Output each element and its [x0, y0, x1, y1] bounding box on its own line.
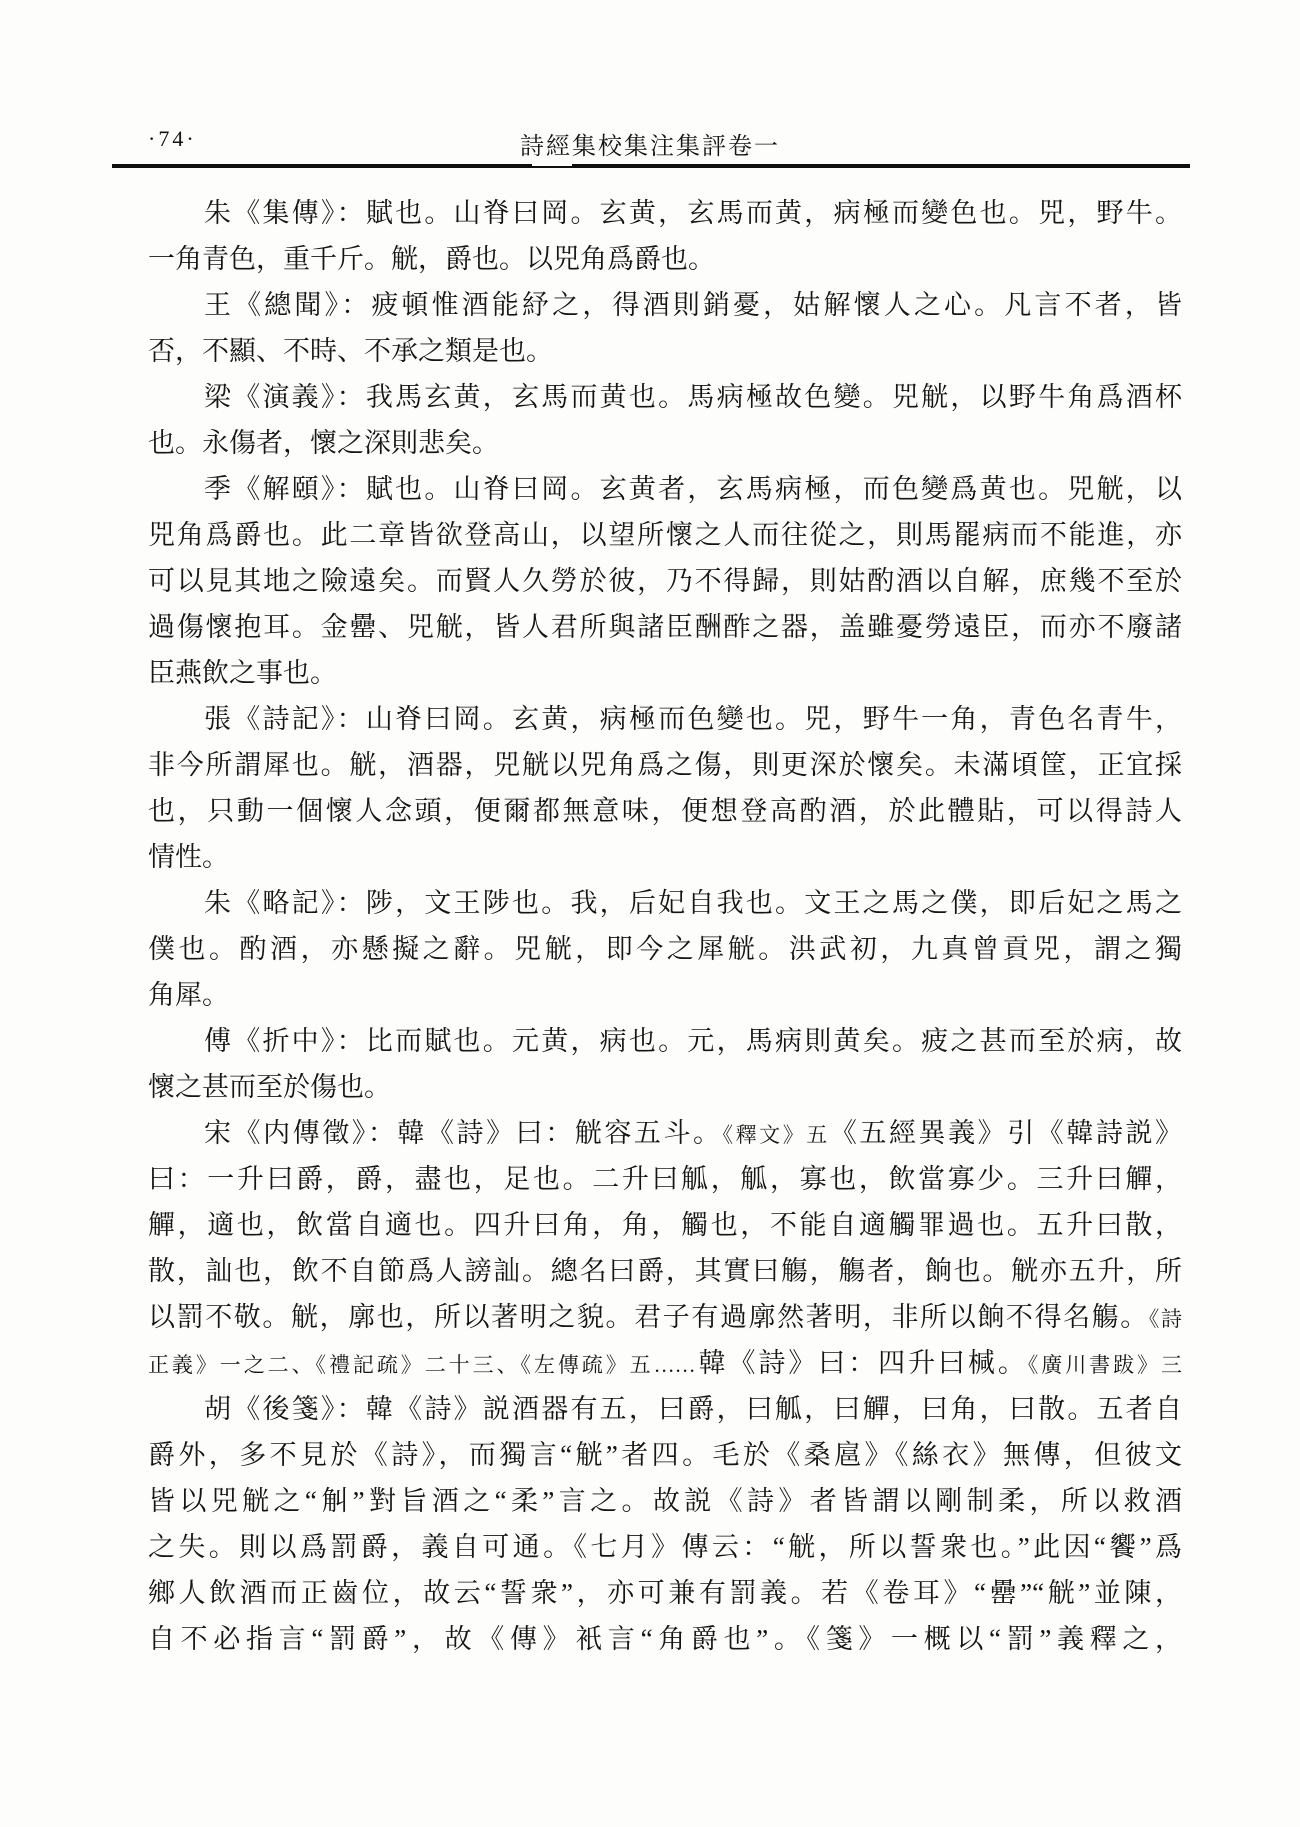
text-segment: 宋《内傳徵》：韓《詩》曰：觥容五斗。 — [204, 1118, 723, 1148]
text-segment: 非今所謂犀也。觥，酒器，兕觥以兕角爲之傷，則更深於懷矣。未滿頃筐，正宜採 — [148, 750, 1182, 780]
text-segment: 臣燕飲之事也。 — [148, 658, 337, 688]
text-line: 張《詩記》：山脊曰岡。玄黄，病極而色變也。兕，野牛一角，青色名青牛， — [148, 696, 1182, 742]
text-line: 朱《略記》：陟，文王陟也。我，后妃自我也。文王之馬之僕，即后妃之馬之 — [148, 880, 1182, 926]
text-segment: 以罰不敬。觥，廓也，所以著明之貌。君子有過廓然著明，非所以餉不得名觴。 — [148, 1302, 1149, 1332]
text-line: 否，不顯、不時、不承之類是也。 — [148, 328, 1182, 374]
citation-note-segment: 正義》一之二、《禮記疏》二十三、《左傳疏》五…… — [148, 1353, 696, 1377]
text-line: 皆以兕觥之“觓”對旨酒之“柔”言之。故説《詩》者皆謂以剛制柔，所以救酒 — [148, 1478, 1182, 1524]
text-segment: 情性。 — [148, 842, 229, 872]
text-line: 非今所謂犀也。觥，酒器，兕觥以兕角爲之傷，則更深於懷矣。未滿頃筐，正宜採 — [148, 742, 1182, 788]
text-segment: 張《詩記》：山脊曰岡。玄黄，病極而色變也。兕，野牛一角，青色名青牛， — [204, 704, 1182, 734]
text-line: 可以見其地之險遠矣。而賢人久勞於彼，乃不得歸，則姑酌酒以自解，庶幾不至於 — [148, 558, 1182, 604]
scanned-book-page: ·74· 詩經集校集注集評卷一 朱《集傳》：賦也。山脊曰岡。玄黄，玄馬而黄，病極… — [0, 0, 1300, 1827]
text-segment: 角犀。 — [148, 980, 229, 1010]
running-head-title: 詩經集校集注集評卷一 — [0, 126, 1300, 161]
citation-note-segment: 《廣川書跋》三 — [1028, 1353, 1182, 1377]
text-segment: 散，訕也，飲不自節爲人謗訕。總名曰爵，其實曰觴，觴者，餉也。觥亦五升，所 — [148, 1256, 1182, 1286]
text-line: 鄉人飲酒而正齒位，故云“誓衆”，亦可兼有罰義。若《卷耳》“罍”“觥”並陳， — [148, 1570, 1182, 1616]
text-segment: 爵外，多不見於《詩》，而獨言“觥”者四。毛於《桑扈》《絲衣》無傳，但彼文 — [148, 1440, 1182, 1470]
text-segment: 鄉人飲酒而正齒位，故云“誓衆”，亦可兼有罰義。若《卷耳》“罍”“觥”並陳， — [148, 1578, 1182, 1608]
body-text: 朱《集傳》：賦也。山脊曰岡。玄黄，玄馬而黄，病極而變色也。兕，野牛。一角青色，重… — [148, 190, 1182, 1662]
text-line: 情性。 — [148, 834, 1182, 880]
text-line: 兕角爲爵也。此二章皆欲登高山，以望所懷之人而往從之，則馬罷病而不能進，亦 — [148, 512, 1182, 558]
text-line: 梁《演義》：我馬玄黄，玄馬而黄也。馬病極故色變。兕觥，以野牛角爲酒杯 — [148, 374, 1182, 420]
text-segment: 朱《集傳》：賦也。山脊曰岡。玄黄，玄馬而黄，病極而變色也。兕，野牛。 — [204, 198, 1182, 228]
text-segment: 也，只動一個懷人念頭，便爾都無意味，便想登高酌酒，於此體貼，可以得詩人 — [148, 796, 1182, 826]
text-line: 臣燕飲之事也。 — [148, 650, 1182, 696]
text-segment: 傅《折中》：比而賦也。元黄，病也。元，馬病則黄矣。疲之甚而至於病，故 — [204, 1026, 1182, 1056]
text-line: 之失。則以爲罰爵，義自可通。《七月》傳云：“觥，所以誓衆也。”此因“饗”爲 — [148, 1524, 1182, 1570]
citation-note-segment: 《釋文》五 — [723, 1123, 830, 1147]
text-segment: 季《解頤》：賦也。山脊曰岡。玄黄者，玄馬病極，而色變爲黄也。兕觥，以 — [204, 474, 1182, 504]
text-line: 正義》一之二、《禮記疏》二十三、《左傳疏》五……韓《詩》曰：四升曰椷。《廣川書跋… — [148, 1340, 1182, 1386]
text-segment: 兕角爲爵也。此二章皆欲登高山，以望所懷之人而往從之，則馬罷病而不能進，亦 — [148, 520, 1182, 550]
text-line: 散，訕也，飲不自節爲人謗訕。總名曰爵，其實曰觴，觴者，餉也。觥亦五升，所 — [148, 1248, 1182, 1294]
text-line: 胡《後箋》：韓《詩》説酒器有五，曰爵，曰觚，曰觶，曰角，曰散。五者自 — [148, 1386, 1182, 1432]
text-line: 王《總聞》：疲頓惟酒能紓之，得酒則銷憂，姑解懷人之心。凡言不者，皆 — [148, 282, 1182, 328]
text-line: 爵外，多不見於《詩》，而獨言“觥”者四。毛於《桑扈》《絲衣》無傳，但彼文 — [148, 1432, 1182, 1478]
text-segment: 王《總聞》：疲頓惟酒能紓之，得酒則銷憂，姑解懷人之心。凡言不者，皆 — [204, 290, 1182, 320]
text-line: 朱《集傳》：賦也。山脊曰岡。玄黄，玄馬而黄，病極而變色也。兕，野牛。 — [148, 190, 1182, 236]
text-line: 一角青色，重千斤。觥，爵也。以兕角爲爵也。 — [148, 236, 1182, 282]
text-line: 季《解頤》：賦也。山脊曰岡。玄黄者，玄馬病極，而色變爲黄也。兕觥，以 — [148, 466, 1182, 512]
text-line: 也。永傷者，懷之深則悲矣。 — [148, 420, 1182, 466]
text-line: 觶，適也，飲當自適也。四升曰角，角，觸也，不能自適觸罪過也。五升曰散， — [148, 1202, 1182, 1248]
text-segment: 朱《略記》：陟，文王陟也。我，后妃自我也。文王之馬之僕，即后妃之馬之 — [204, 888, 1182, 918]
text-line: 懷之甚而至於傷也。 — [148, 1064, 1182, 1110]
text-segment: 皆以兕觥之“觓”對旨酒之“柔”言之。故説《詩》者皆謂以剛制柔，所以救酒 — [148, 1486, 1182, 1516]
text-segment: 自不必指言“罰爵”，故《傳》衹言“角爵也”。《箋》一概以“罰”義釋之， — [148, 1624, 1182, 1654]
text-segment: 可以見其地之險遠矣。而賢人久勞於彼，乃不得歸，則姑酌酒以自解，庶幾不至於 — [148, 566, 1182, 596]
text-line: 角犀。 — [148, 972, 1182, 1018]
header-divider-rule — [112, 164, 1190, 168]
text-segment: 《五經異義》引《韓詩説》 — [830, 1118, 1182, 1148]
text-segment: 也。永傷者，懷之深則悲矣。 — [148, 428, 499, 458]
text-line: 傅《折中》：比而賦也。元黄，病也。元，馬病則黄矣。疲之甚而至於病，故 — [148, 1018, 1182, 1064]
text-line: 僕也。酌酒，亦懸擬之辭。兕觥，即今之犀觥。洪武初，九真曾貢兕，謂之獨 — [148, 926, 1182, 972]
text-line: 過傷懷抱耳。金罍、兕觥，皆人君所與諸臣酬酢之器，盖雖憂勞遠臣，而亦不廢諸 — [148, 604, 1182, 650]
text-segment: 一角青色，重千斤。觥，爵也。以兕角爲爵也。 — [148, 244, 715, 274]
text-segment: 胡《後箋》：韓《詩》説酒器有五，曰爵，曰觚，曰觶，曰角，曰散。五者自 — [204, 1394, 1182, 1424]
text-segment: 過傷懷抱耳。金罍、兕觥，皆人君所與諸臣酬酢之器，盖雖憂勞遠臣，而亦不廢諸 — [148, 612, 1182, 642]
text-line: 宋《内傳徵》：韓《詩》曰：觥容五斗。《釋文》五《五經異義》引《韓詩説》 — [148, 1110, 1182, 1156]
text-segment: 否，不顯、不時、不承之類是也。 — [148, 336, 553, 366]
text-segment: 曰：一升曰爵，爵，盡也，足也。二升曰觚，觚，寡也，飲當寡少。三升曰觶， — [148, 1164, 1182, 1194]
text-segment: 懷之甚而至於傷也。 — [148, 1072, 391, 1102]
text-segment: 韓《詩》曰：四升曰椷。 — [696, 1348, 1028, 1378]
text-line: 也，只動一個懷人念頭，便爾都無意味，便想登高酌酒，於此體貼，可以得詩人 — [148, 788, 1182, 834]
text-line: 以罰不敬。觥，廓也，所以著明之貌。君子有過廓然著明，非所以餉不得名觴。《詩 — [148, 1294, 1182, 1340]
text-line: 自不必指言“罰爵”，故《傳》衹言“角爵也”。《箋》一概以“罰”義釋之， — [148, 1616, 1182, 1662]
page-header: ·74· 詩經集校集注集評卷一 — [0, 126, 1300, 160]
text-segment: 僕也。酌酒，亦懸擬之辭。兕觥，即今之犀觥。洪武初，九真曾貢兕，謂之獨 — [148, 934, 1182, 964]
citation-note-segment: 《詩 — [1149, 1307, 1182, 1331]
text-segment: 觶，適也，飲當自適也。四升曰角，角，觸也，不能自適觸罪過也。五升曰散， — [148, 1210, 1182, 1240]
text-segment: 之失。則以爲罰爵，義自可通。《七月》傳云：“觥，所以誓衆也。”此因“饗”爲 — [148, 1532, 1182, 1562]
text-line: 曰：一升曰爵，爵，盡也，足也。二升曰觚，觚，寡也，飲當寡少。三升曰觶， — [148, 1156, 1182, 1202]
text-segment: 梁《演義》：我馬玄黄，玄馬而黄也。馬病極故色變。兕觥，以野牛角爲酒杯 — [204, 382, 1182, 412]
